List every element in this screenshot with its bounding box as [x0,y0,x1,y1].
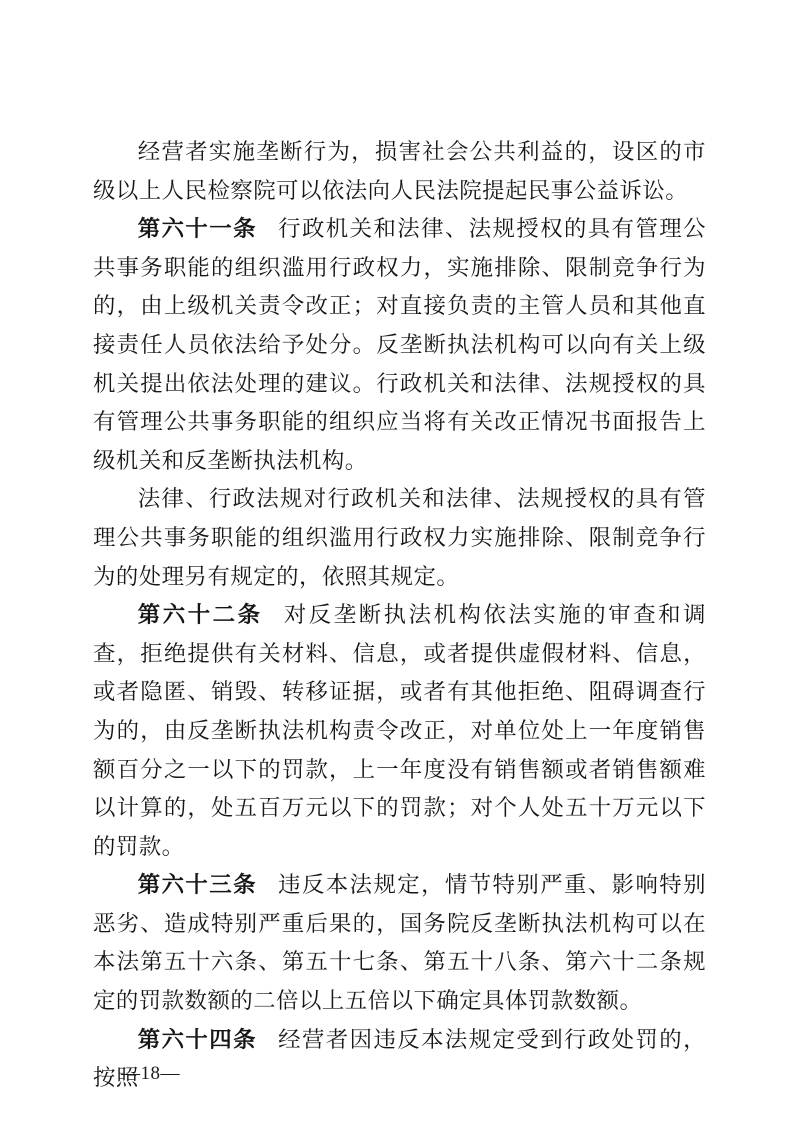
paragraph-article-63: 第六十三条违反本法规定，情节特别严重、影响特别恶劣、造成特别严重后果的，国务院反… [93,866,706,1020]
paragraph-text: 行政机关和法律、法规授权的具有管理公共事务职能的组织滥用行政权力，实施排除、限制… [93,216,706,473]
document-text-body: 经营者实施垄断行为，损害社会公共利益的，设区的市级以上人民检察院可以依法向人民法… [93,133,706,1098]
paragraph-text: 法律、行政法规对行政机关和法律、法规授权的具有管理公共事务职能的组织滥用行政权力… [93,486,706,588]
paragraph: 法律、行政法规对行政机关和法律、法规授权的具有管理公共事务职能的组织滥用行政权力… [93,480,706,596]
paragraph: 经营者实施垄断行为，损害社会公共利益的，设区的市级以上人民检察院可以依法向人民法… [93,133,706,210]
paragraph-article-61: 第六十一条行政机关和法律、法规授权的具有管理公共事务职能的组织滥用行政权力，实施… [93,210,706,480]
article-number: 第六十四条 [138,1027,257,1052]
paragraph-article-64: 第六十四条经营者因违反本法规定受到行政处罚的，按照 [93,1021,706,1098]
article-number: 第六十一条 [138,216,257,241]
paragraph-article-62: 第六十二条对反垄断执法机构依法实施的审查和调查，拒绝提供有关材料、信息，或者提供… [93,596,706,866]
paragraph-text: 对反垄断执法机构依法实施的审查和调查，拒绝提供有关材料、信息，或者提供虚假材料、… [93,602,706,859]
document-page: 经营者实施垄断行为，损害社会公共利益的，设区的市级以上人民检察院可以依法向人民法… [0,0,794,1123]
article-number: 第六十二条 [138,602,263,627]
article-number: 第六十三条 [138,872,257,897]
paragraph-text: 经营者实施垄断行为，损害社会公共利益的，设区的市级以上人民检察院可以依法向人民法… [93,139,706,203]
page-number: —18— [121,1062,180,1086]
